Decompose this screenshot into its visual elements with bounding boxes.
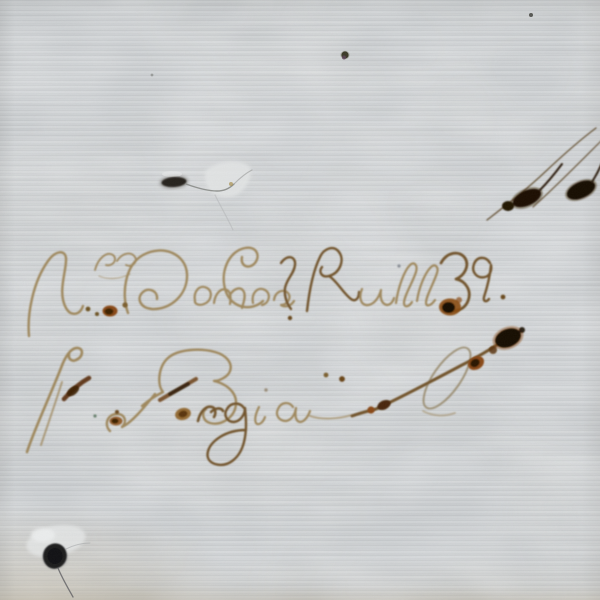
manuscript-photo: Vto. Don Josn. Rull Rl. Jt. Borgia Rl. [0,0,600,600]
film-grain-overlay [0,0,600,600]
manuscript-artwork [0,0,600,600]
